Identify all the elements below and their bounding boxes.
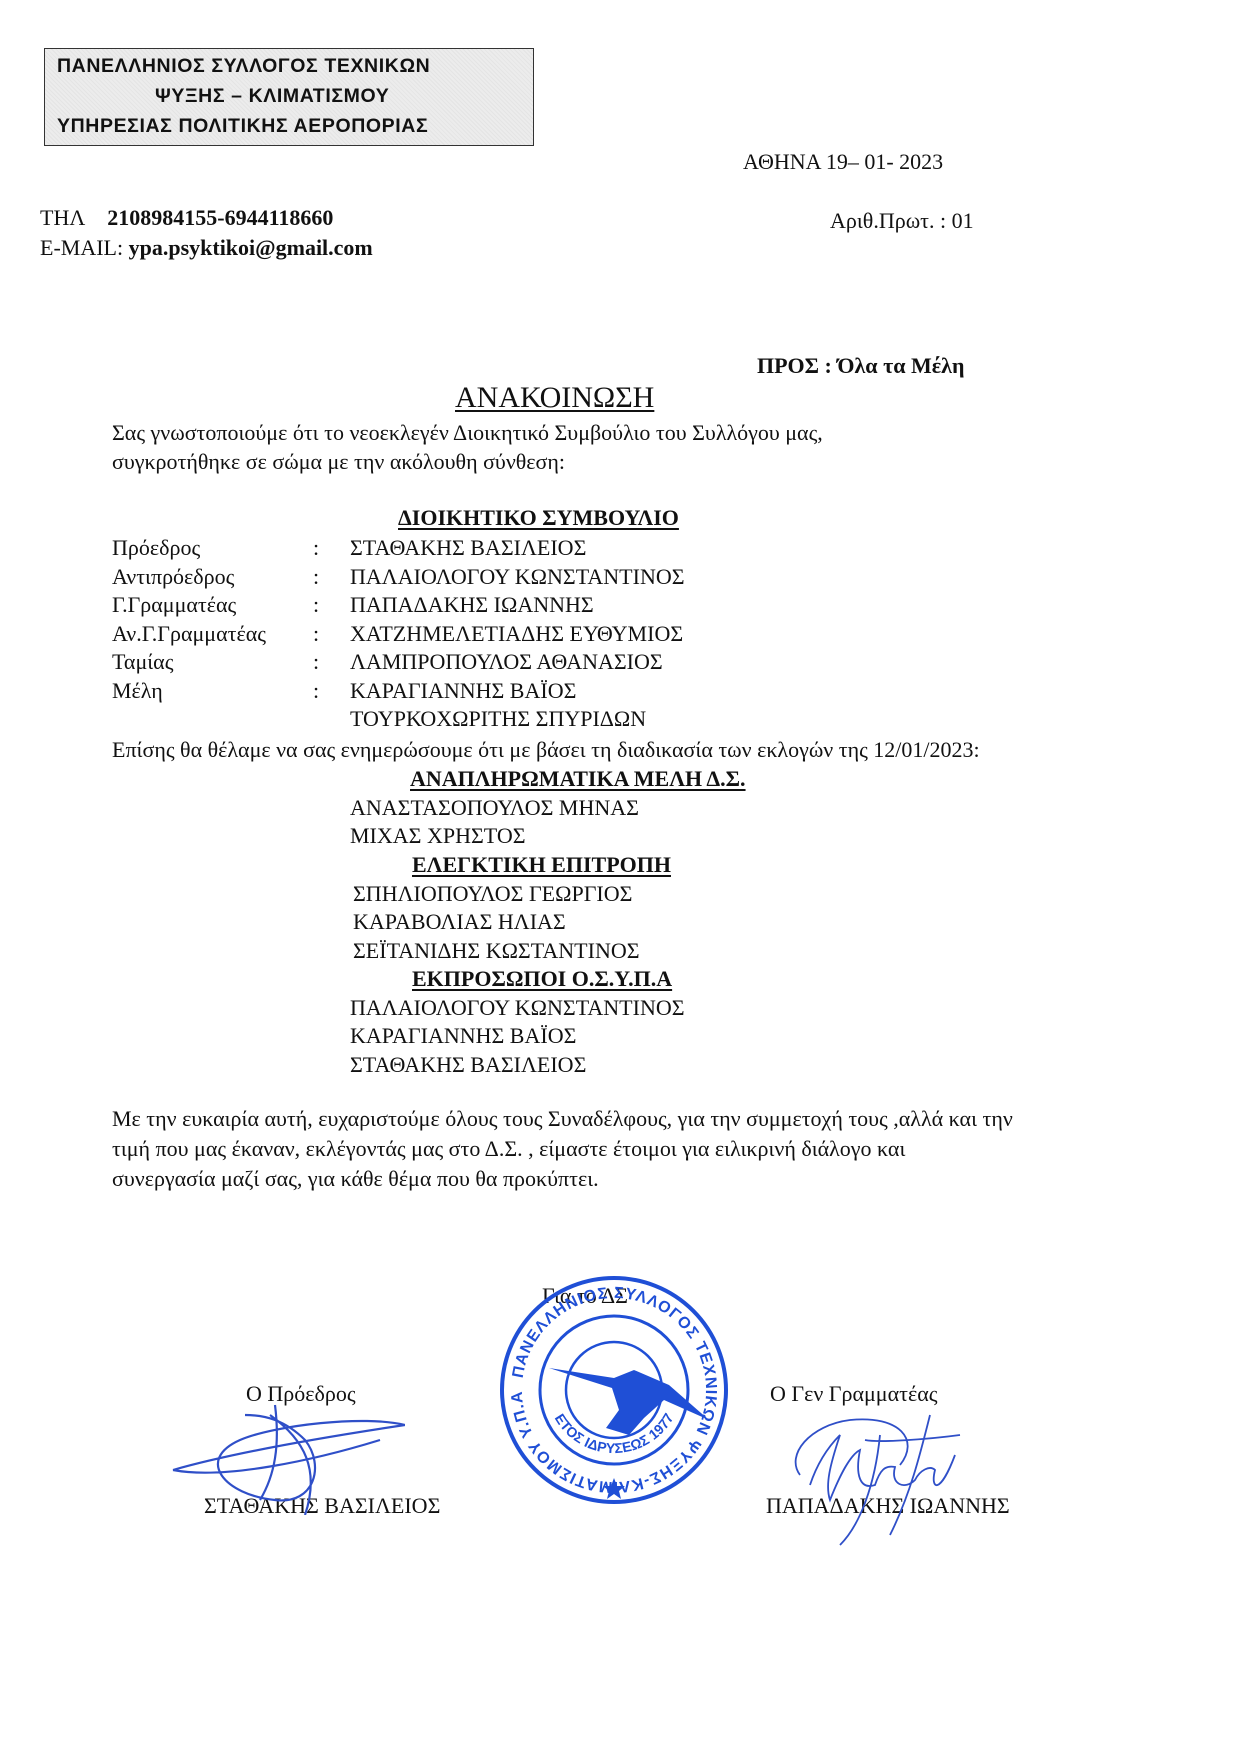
board-member-name: ΤΟΥΡΚΟΧΩΡΙΤΗΣ ΣΠΥΡΙΔΩΝ — [350, 706, 646, 732]
closing-line-3: συνεργασία μαζί σας, για κάθε θέμα που θ… — [112, 1166, 599, 1192]
board-role: Αν.Γ.Γραμματέας — [112, 621, 266, 647]
email-value: ypa.psyktikoi@gmail.com — [129, 235, 373, 260]
letterhead-box: ΠΑΝΕΛΛΗΝΙΟΣ ΣΥΛΛΟΓΟΣ ΤΕΧΝΙΚΩΝ ΨΥΞΗΣ – ΚΛ… — [44, 48, 534, 146]
board-role: Γ.Γραμματέας — [112, 592, 236, 618]
closing-line-1: Με την ευκαιρία αυτή, ευχαριστούμε όλους… — [112, 1106, 1013, 1132]
email-line: E-MAIL: ypa.psyktikoi@gmail.com — [40, 235, 373, 261]
recipient: ΠΡΟΣ : Όλα τα Μέλη — [757, 353, 964, 379]
elections-note: Επίσης θα θέλαμε να σας ενημερώσουμε ότι… — [112, 737, 980, 763]
intro-line-2: συγκροτήθηκε σε σώμα με την ακόλουθη σύν… — [112, 449, 565, 475]
board-member-name: ΣΤΑΘΑΚΗΣ ΒΑΣΙΛΕΙΟΣ — [350, 535, 586, 561]
audit-member: ΣΠΗΛΙΟΠΟΥΛΟΣ ΓΕΩΡΓΙΟΣ — [353, 881, 632, 907]
board-role: Μέλη — [112, 678, 163, 704]
board-role: Ταμίας — [112, 649, 173, 675]
board-member-name: ΛΑΜΠΡΟΠΟΥΛΟΣ ΑΘΑΝΑΣΙΟΣ — [350, 649, 663, 675]
alternates-heading: ΑΝΑΠΛΗΡΩΜΑΤΙΚΑ ΜΕΛΗ Δ.Σ. — [410, 766, 746, 792]
board-role: Αντιπρόεδρος — [112, 564, 234, 590]
letterhead-line-1: ΠΑΝΕΛΛΗΝΙΟΣ ΣΥΛΛΟΓΟΣ ΤΕΧΝΙΚΩΝ — [57, 55, 430, 78]
board-colon: : — [313, 621, 319, 647]
board-heading: ΔΙΟΙΚΗΤΙΚΟ ΣΥΜΒΟΥΛΙΟ — [398, 505, 679, 531]
phone-value: 2108984155-6944118660 — [107, 205, 333, 230]
alternate-member: ΑΝΑΣΤΑΣΟΠΟΥΛΟΣ ΜΗΝΑΣ — [350, 795, 639, 821]
association-stamp-icon: ΠΑΝΕΛΛΗΝΙΟΣ ΣΥΛΛΟΓΟΣ ΤΕΧΝΙΚΩΝ ΨΥΞΗΣ-ΚΛΙΜ… — [494, 1270, 734, 1510]
board-colon: : — [313, 678, 319, 704]
closing-line-2: τιμή που μας έκαναν, εκλέγοντάς μας στο … — [112, 1136, 905, 1162]
board-colon: : — [313, 535, 319, 561]
alternate-member: ΜΙΧΑΣ ΧΡΗΣΤΟΣ — [350, 823, 526, 849]
phone-line: ΤΗΛ 2108984155-6944118660 — [40, 205, 333, 231]
representatives-heading: ΕΚΠΡΟΣΩΠΟΙ Ο.Σ.Υ.Π.Α — [412, 966, 672, 992]
president-signature-icon — [165, 1385, 405, 1515]
board-member-name: ΚΑΡΑΓΙΑΝΝΗΣ ΒΑΪΟΣ — [350, 678, 576, 704]
email-label: E-MAIL: — [40, 235, 123, 260]
board-role: Πρόεδρος — [112, 535, 200, 561]
audit-member: ΣΕΪΤΑΝΙΔΗΣ ΚΩΣΤΑΝΤΙΝΟΣ — [353, 938, 640, 964]
representative: ΠΑΛΑΙΟΛΟΓΟΥ ΚΩΝΣΤΑΝΤΙΝΟΣ — [350, 995, 685, 1021]
board-colon: : — [313, 564, 319, 590]
board-member-name: ΧΑΤΖΗΜΕΛΕΤΙΑΔΗΣ ΕΥΘΥΜΙΟΣ — [350, 621, 683, 647]
protocol-number: Αριθ.Πρωτ. : 01 — [830, 208, 974, 234]
letterhead-line-3: ΥΠΗΡΕΣΙΑΣ ΠΟΛΙΤΙΚΗΣ ΑΕΡΟΠΟΡΙΑΣ — [57, 115, 428, 138]
audit-heading: ΕΛΕΓΚΤΙΚΗ ΕΠΙΤΡΟΠΗ — [412, 852, 671, 878]
board-colon: : — [313, 592, 319, 618]
board-member-name: ΠΑΛΑΙΟΛΟΓΟΥ ΚΩΝΣΤΑΝΤΙΝΟΣ — [350, 564, 685, 590]
secretary-signature-icon — [780, 1395, 980, 1555]
board-colon: : — [313, 649, 319, 675]
representative: ΚΑΡΑΓΙΑΝΝΗΣ ΒΑΪΟΣ — [350, 1023, 576, 1049]
intro-line-1: Σας γνωστοποιούμε ότι το νεοεκλεγέν Διοι… — [112, 420, 823, 446]
place-date: ΑΘΗΝΑ 19– 01- 2023 — [743, 149, 943, 175]
representative: ΣΤΑΘΑΚΗΣ ΒΑΣΙΛΕΙΟΣ — [350, 1052, 586, 1078]
audit-member: ΚΑΡΑΒΟΛΙΑΣ ΗΛΙΑΣ — [353, 909, 566, 935]
letterhead-line-2: ΨΥΞΗΣ – ΚΛΙΜΑΤΙΣΜΟΥ — [155, 85, 389, 108]
page-title: ΑΝΑΚΟΙΝΩΣΗ — [455, 381, 654, 415]
phone-label: ΤΗΛ — [40, 205, 85, 230]
board-member-name: ΠΑΠΑΔΑΚΗΣ ΙΩΑΝΝΗΣ — [350, 592, 594, 618]
